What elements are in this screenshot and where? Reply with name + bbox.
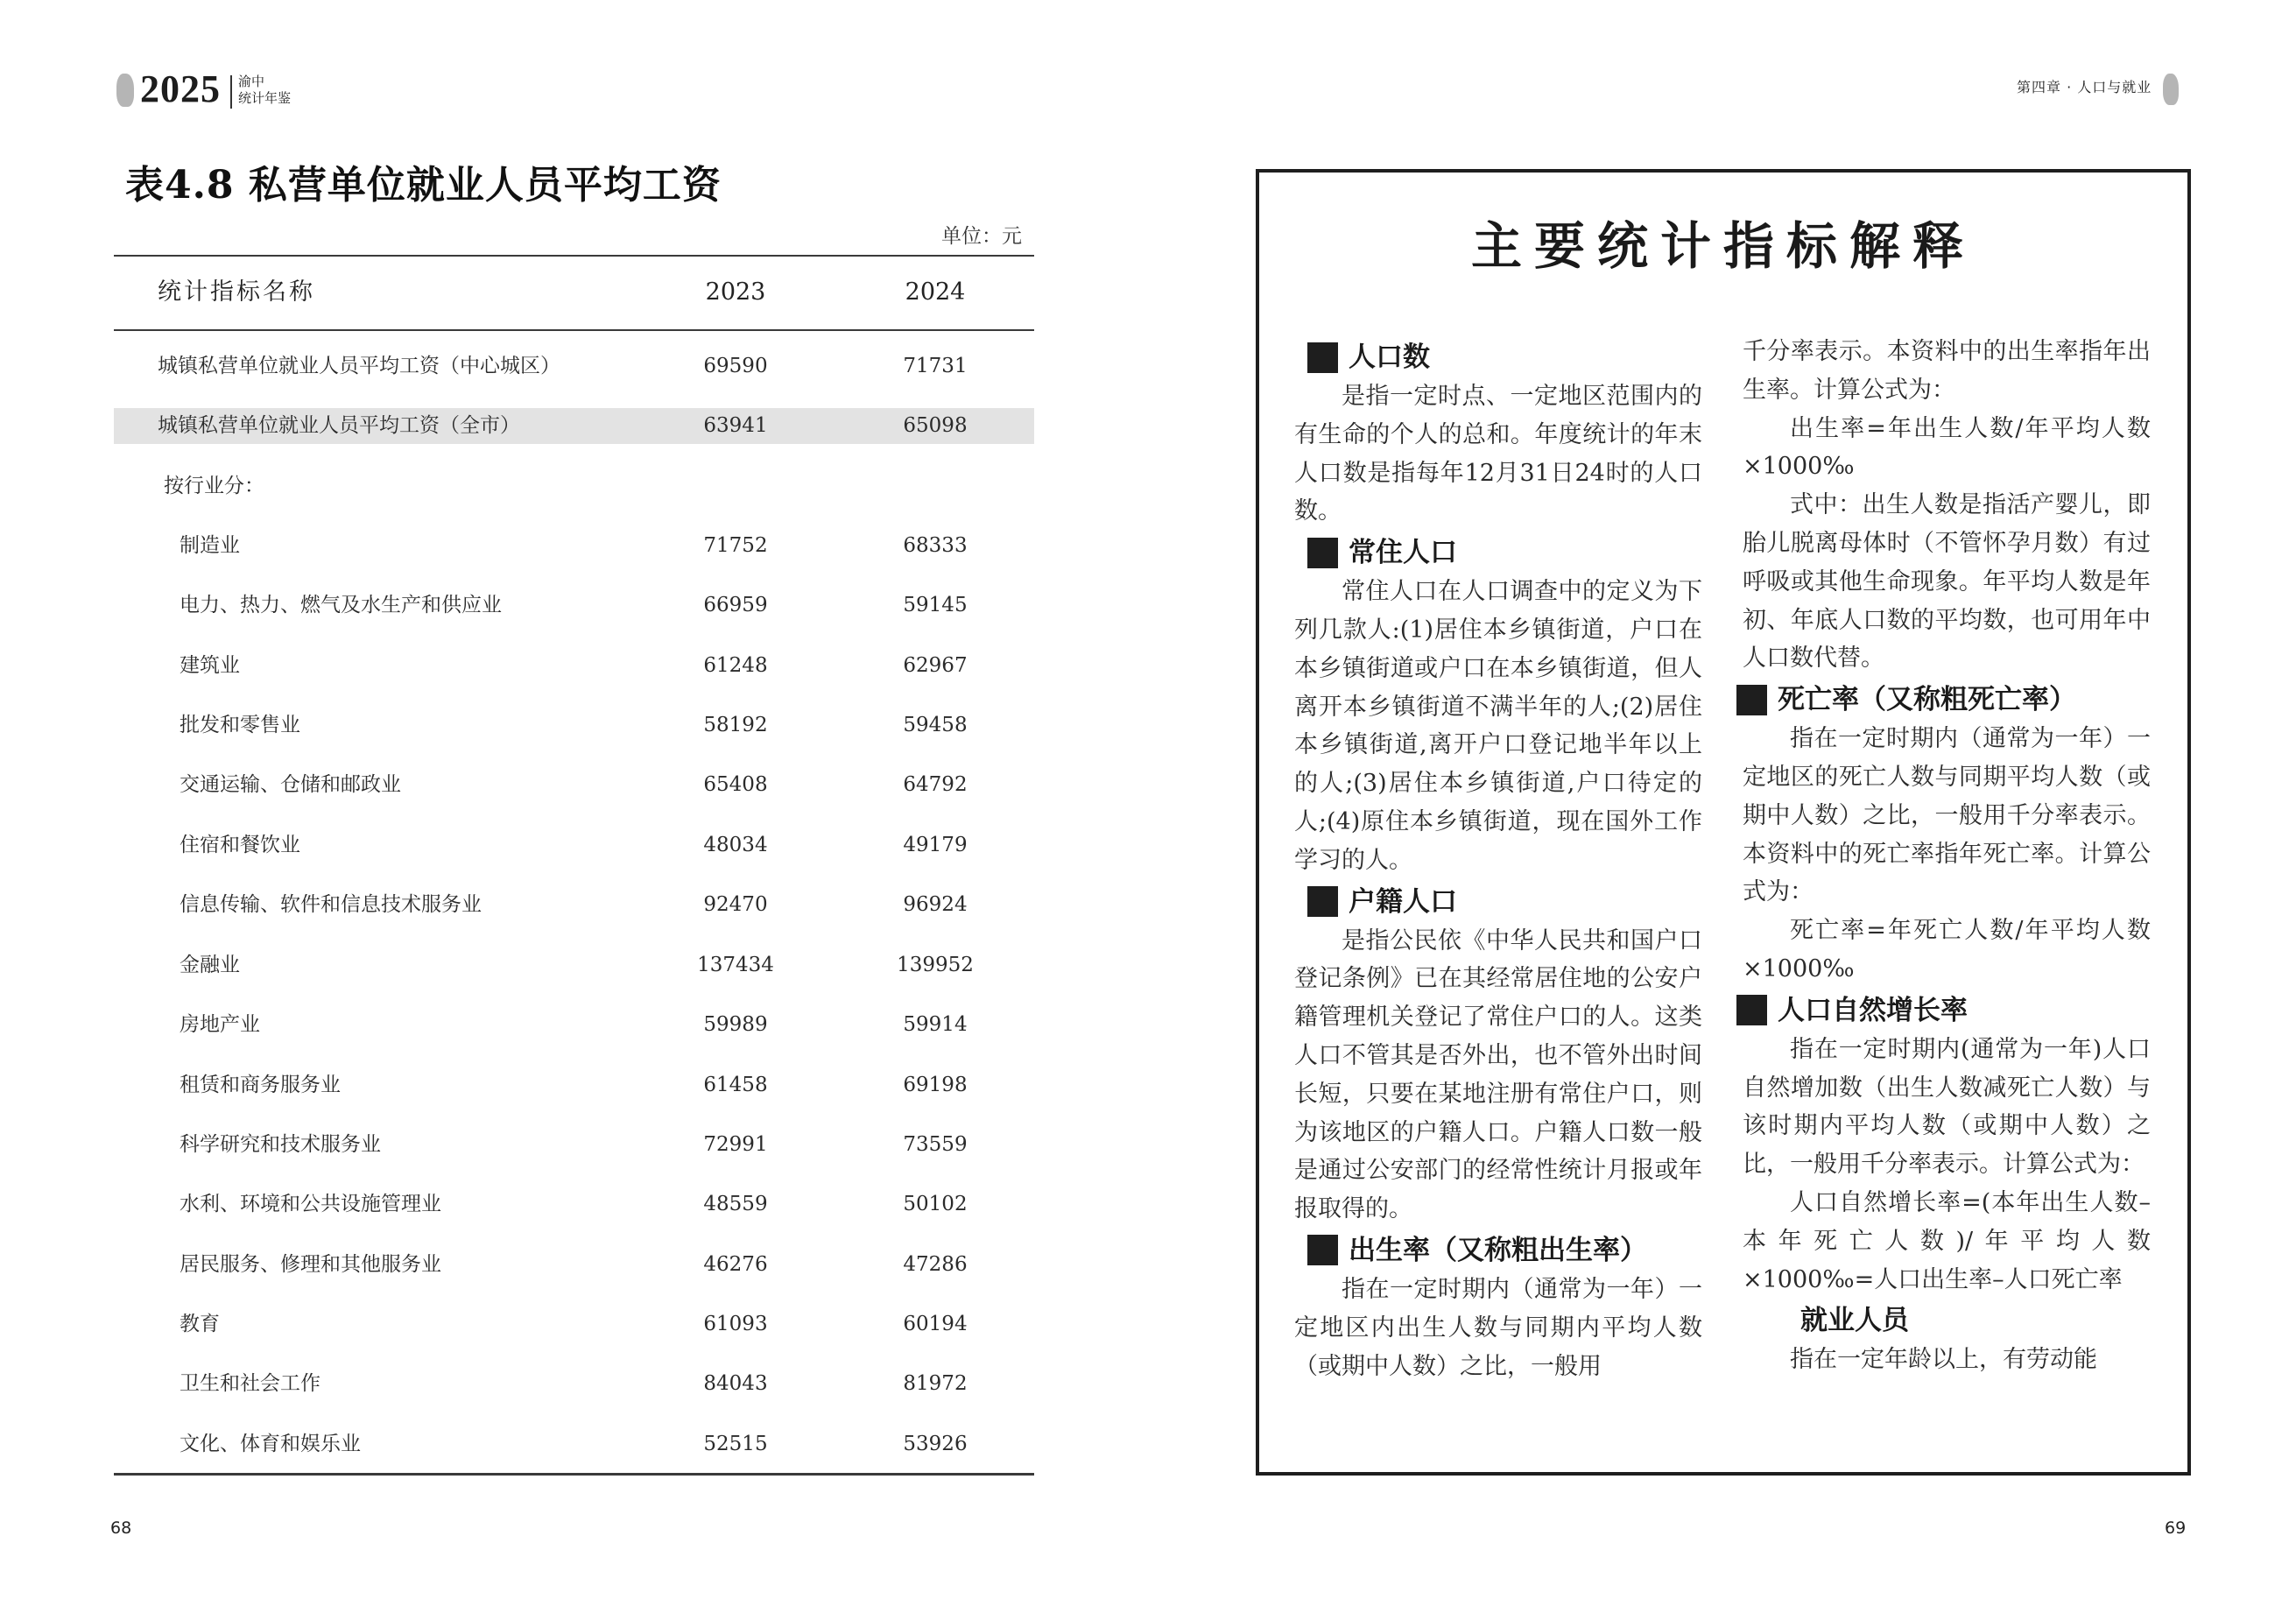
chapter-logo-icon bbox=[2163, 74, 2179, 105]
row-label: 信息传输、软件和信息技术服务业 bbox=[180, 891, 482, 918]
row-label: 交通运输、仓储和邮政业 bbox=[180, 771, 401, 798]
row-value-2024: 49179 bbox=[865, 832, 1005, 858]
page-number-left: 68 bbox=[110, 1518, 131, 1539]
row-label: 水利、环境和公共设施管理业 bbox=[180, 1191, 441, 1217]
table-group-label-row: 按行业分： bbox=[114, 468, 1034, 504]
section-paragraph: 是指公民依《中华人民共和国户口登记条例》已在其经常居住地的公安户籍管理机关登记了… bbox=[1294, 922, 1702, 1229]
yearbook-year: 2025 bbox=[140, 68, 221, 110]
row-value-2024: 62967 bbox=[865, 652, 1005, 679]
row-label: 住宿和餐饮业 bbox=[180, 832, 300, 858]
section-heading-text: 人口数 bbox=[1349, 337, 1430, 377]
black-square-icon bbox=[1736, 995, 1767, 1025]
row-value-2023: 48559 bbox=[666, 1191, 806, 1217]
row-value-2024: 59145 bbox=[865, 592, 1005, 618]
row-value-2024: 73559 bbox=[865, 1131, 1005, 1158]
row-value-2024: 60194 bbox=[865, 1311, 1005, 1337]
row-label: 批发和零售业 bbox=[180, 712, 300, 738]
yearbook-name-line1: 渝中 bbox=[238, 74, 291, 90]
table-title: 表4.8 私营单位就业人员平均工资 bbox=[125, 161, 722, 210]
row-value-2024: 81972 bbox=[865, 1370, 1005, 1397]
page-number-right: 69 bbox=[2165, 1518, 2186, 1539]
section-heading: 户籍人口 bbox=[1294, 882, 1702, 922]
logo-divider bbox=[230, 75, 232, 109]
section-heading: 常住人口 bbox=[1294, 532, 1702, 573]
section-heading-text: 人口自然增长率 bbox=[1778, 990, 1968, 1031]
section-paragraph: 千分率表示。本资料中的出生率指年出生率。计算公式为： bbox=[1743, 333, 2151, 410]
yearbook-name-line2: 统计年鉴 bbox=[238, 90, 291, 107]
row-label: 房地产业 bbox=[180, 1011, 260, 1038]
section-heading: 就业人员 bbox=[1743, 1300, 2151, 1341]
group-label: 按行业分： bbox=[164, 473, 264, 499]
section-paragraph: 式中：出生人数是指活产婴儿，即胎儿脱离母体时（不管怀孕月数）有过呼吸或其他生命现… bbox=[1743, 486, 2151, 678]
formula: 出生率=年出生人数/年平均人数×1000‰ bbox=[1743, 410, 2151, 487]
table-row: 电力、热力、燃气及水生产和供应业 66959 59145 bbox=[114, 588, 1034, 623]
row-value-2024: 53926 bbox=[865, 1431, 1005, 1457]
row-label: 文化、体育和娱乐业 bbox=[180, 1431, 361, 1457]
row-value-2024: 47286 bbox=[865, 1251, 1005, 1278]
section-paragraph: 指在一定年龄以上，有劳动能 bbox=[1743, 1341, 2151, 1379]
row-label: 科学研究和技术服务业 bbox=[180, 1131, 381, 1158]
section-paragraph: 指在一定时期内（通常为一年）一定地区的死亡人数与同期平均人数（或期中人数）之比，… bbox=[1743, 720, 2151, 912]
table-row: 教育 61093 60194 bbox=[114, 1307, 1034, 1342]
row-value-2023: 48034 bbox=[666, 832, 806, 858]
table-row: 批发和零售业 58192 59458 bbox=[114, 708, 1034, 743]
row-label: 金融业 bbox=[180, 952, 240, 978]
table-row: 制造业 71752 68333 bbox=[114, 528, 1034, 564]
explanations-right-column: 千分率表示。本资料中的出生率指年出生率。计算公式为： 出生率=年出生人数/年平均… bbox=[1743, 333, 2151, 1379]
table-bottom-rule bbox=[114, 1473, 1034, 1476]
table-row: 房地产业 59989 59914 bbox=[114, 1007, 1034, 1043]
formula: 人口自然增长率=(本年出生人数–本年死亡人数)/年平均人数×1000‰=人口出生… bbox=[1743, 1184, 2151, 1299]
row-value-2023: 71752 bbox=[666, 532, 806, 559]
table-row: 卫生和社会工作 84043 81972 bbox=[114, 1366, 1034, 1402]
table-row-highlighted: 城镇私营单位就业人员平均工资（全市） 63941 65098 bbox=[114, 408, 1034, 444]
section-heading-text: 常住人口 bbox=[1349, 532, 1457, 573]
row-label: 城镇私营单位就业人员平均工资（中心城区） bbox=[158, 353, 560, 379]
yearbook-name: 渝中 统计年鉴 bbox=[238, 74, 291, 107]
row-value-2023: 61248 bbox=[666, 652, 806, 679]
row-value-2024: 71731 bbox=[865, 353, 1005, 379]
table-row: 城镇私营单位就业人员平均工资（中心城区） 69590 71731 bbox=[114, 349, 1034, 384]
row-label: 电力、热力、燃气及水生产和供应业 bbox=[180, 592, 502, 618]
section-heading: 出生率（又称粗出生率） bbox=[1294, 1230, 1702, 1271]
table-row: 信息传输、软件和信息技术服务业 92470 96924 bbox=[114, 887, 1034, 923]
section-paragraph: 指在一定时期内(通常为一年)人口自然增加数（出生人数减死亡人数）与该时期内平均人… bbox=[1743, 1031, 2151, 1184]
table-row: 交通运输、仓储和邮政业 65408 64792 bbox=[114, 767, 1034, 803]
section-heading: 人口数 bbox=[1294, 337, 1702, 377]
black-square-icon bbox=[1307, 1235, 1338, 1265]
row-value-2023: 137434 bbox=[666, 952, 806, 978]
chapter-heading: 第四章 · 人口与就业 bbox=[2017, 79, 2152, 96]
row-value-2023: 69590 bbox=[666, 353, 806, 379]
table-header-rule bbox=[114, 329, 1034, 331]
row-value-2023: 61458 bbox=[666, 1072, 806, 1098]
row-value-2023: 52515 bbox=[666, 1431, 806, 1457]
table-row: 居民服务、修理和其他服务业 46276 47286 bbox=[114, 1247, 1034, 1283]
table-row: 住宿和餐饮业 48034 49179 bbox=[114, 828, 1034, 863]
row-label: 建筑业 bbox=[180, 652, 240, 679]
row-value-2024: 59458 bbox=[865, 712, 1005, 738]
row-label: 租赁和商务服务业 bbox=[180, 1072, 341, 1098]
black-square-icon bbox=[1307, 342, 1338, 373]
formula: 死亡率=年死亡人数/年平均人数×1000‰ bbox=[1743, 912, 2151, 989]
table-row: 水利、环境和公共设施管理业 48559 50102 bbox=[114, 1187, 1034, 1222]
table-top-rule bbox=[114, 255, 1034, 257]
section-heading-text: 就业人员 bbox=[1800, 1300, 1909, 1341]
row-value-2023: 72991 bbox=[666, 1131, 806, 1158]
row-label: 居民服务、修理和其他服务业 bbox=[180, 1251, 441, 1278]
row-value-2024: 59914 bbox=[865, 1011, 1005, 1038]
section-paragraph: 常住人口在人口调查中的定义为下列几款人:(1)居住本乡镇街道，户口在本乡镇街道或… bbox=[1294, 573, 1702, 879]
section-heading: 人口自然增长率 bbox=[1723, 990, 2151, 1031]
row-value-2023: 63941 bbox=[666, 412, 806, 439]
section-heading-text: 死亡率（又称粗死亡率） bbox=[1778, 680, 2076, 720]
explanations-title: 主要统计指标解释 bbox=[1256, 213, 2191, 279]
row-value-2024: 64792 bbox=[865, 771, 1005, 798]
row-value-2024: 65098 bbox=[865, 412, 1005, 439]
black-square-icon bbox=[1307, 538, 1338, 568]
row-value-2024: 139952 bbox=[865, 952, 1005, 978]
black-square-icon bbox=[1736, 685, 1767, 715]
table-unit: 单位：元 bbox=[941, 224, 1022, 249]
row-value-2024: 69198 bbox=[865, 1072, 1005, 1098]
column-header-name: 统计指标名称 bbox=[158, 277, 315, 308]
table-row: 建筑业 61248 62967 bbox=[114, 648, 1034, 684]
row-value-2023: 92470 bbox=[666, 891, 806, 918]
section-heading: 死亡率（又称粗死亡率） bbox=[1723, 680, 2151, 720]
section-heading-text: 户籍人口 bbox=[1349, 882, 1457, 922]
row-value-2023: 58192 bbox=[666, 712, 806, 738]
table-row: 文化、体育和娱乐业 52515 53926 bbox=[114, 1426, 1034, 1462]
row-label: 制造业 bbox=[180, 532, 240, 559]
column-header-2023: 2023 bbox=[666, 277, 806, 308]
row-label: 城镇私营单位就业人员平均工资（全市） bbox=[158, 412, 520, 439]
row-label: 卫生和社会工作 bbox=[180, 1370, 320, 1397]
section-paragraph: 是指一定时点、一定地区范围内的有生命的个人的总和。年度统计的年末人口数是指每年1… bbox=[1294, 377, 1702, 531]
section-paragraph: 指在一定时期内（通常为一年）一定地区内出生人数与同期内平均人数（或期中人数）之比… bbox=[1294, 1271, 1702, 1385]
table-row: 租赁和商务服务业 61458 69198 bbox=[114, 1067, 1034, 1103]
row-value-2023: 66959 bbox=[666, 592, 806, 618]
row-value-2023: 59989 bbox=[666, 1011, 806, 1038]
explanations-left-column: 人口数 是指一定时点、一定地区范围内的有生命的个人的总和。年度统计的年末人口数是… bbox=[1294, 335, 1702, 1385]
row-value-2023: 65408 bbox=[666, 771, 806, 798]
row-value-2023: 84043 bbox=[666, 1370, 806, 1397]
row-value-2023: 46276 bbox=[666, 1251, 806, 1278]
column-header-2024: 2024 bbox=[865, 277, 1005, 308]
row-value-2023: 61093 bbox=[666, 1311, 806, 1337]
table-row: 科学研究和技术服务业 72991 73559 bbox=[114, 1127, 1034, 1163]
table-row: 金融业 137434 139952 bbox=[114, 947, 1034, 983]
yearbook-logo-icon bbox=[116, 74, 134, 107]
section-heading-text: 出生率（又称粗出生率） bbox=[1349, 1230, 1647, 1271]
black-square-icon bbox=[1307, 886, 1338, 917]
row-value-2024: 68333 bbox=[865, 532, 1005, 559]
row-value-2024: 50102 bbox=[865, 1191, 1005, 1217]
row-label: 教育 bbox=[180, 1311, 220, 1337]
row-value-2024: 96924 bbox=[865, 891, 1005, 918]
